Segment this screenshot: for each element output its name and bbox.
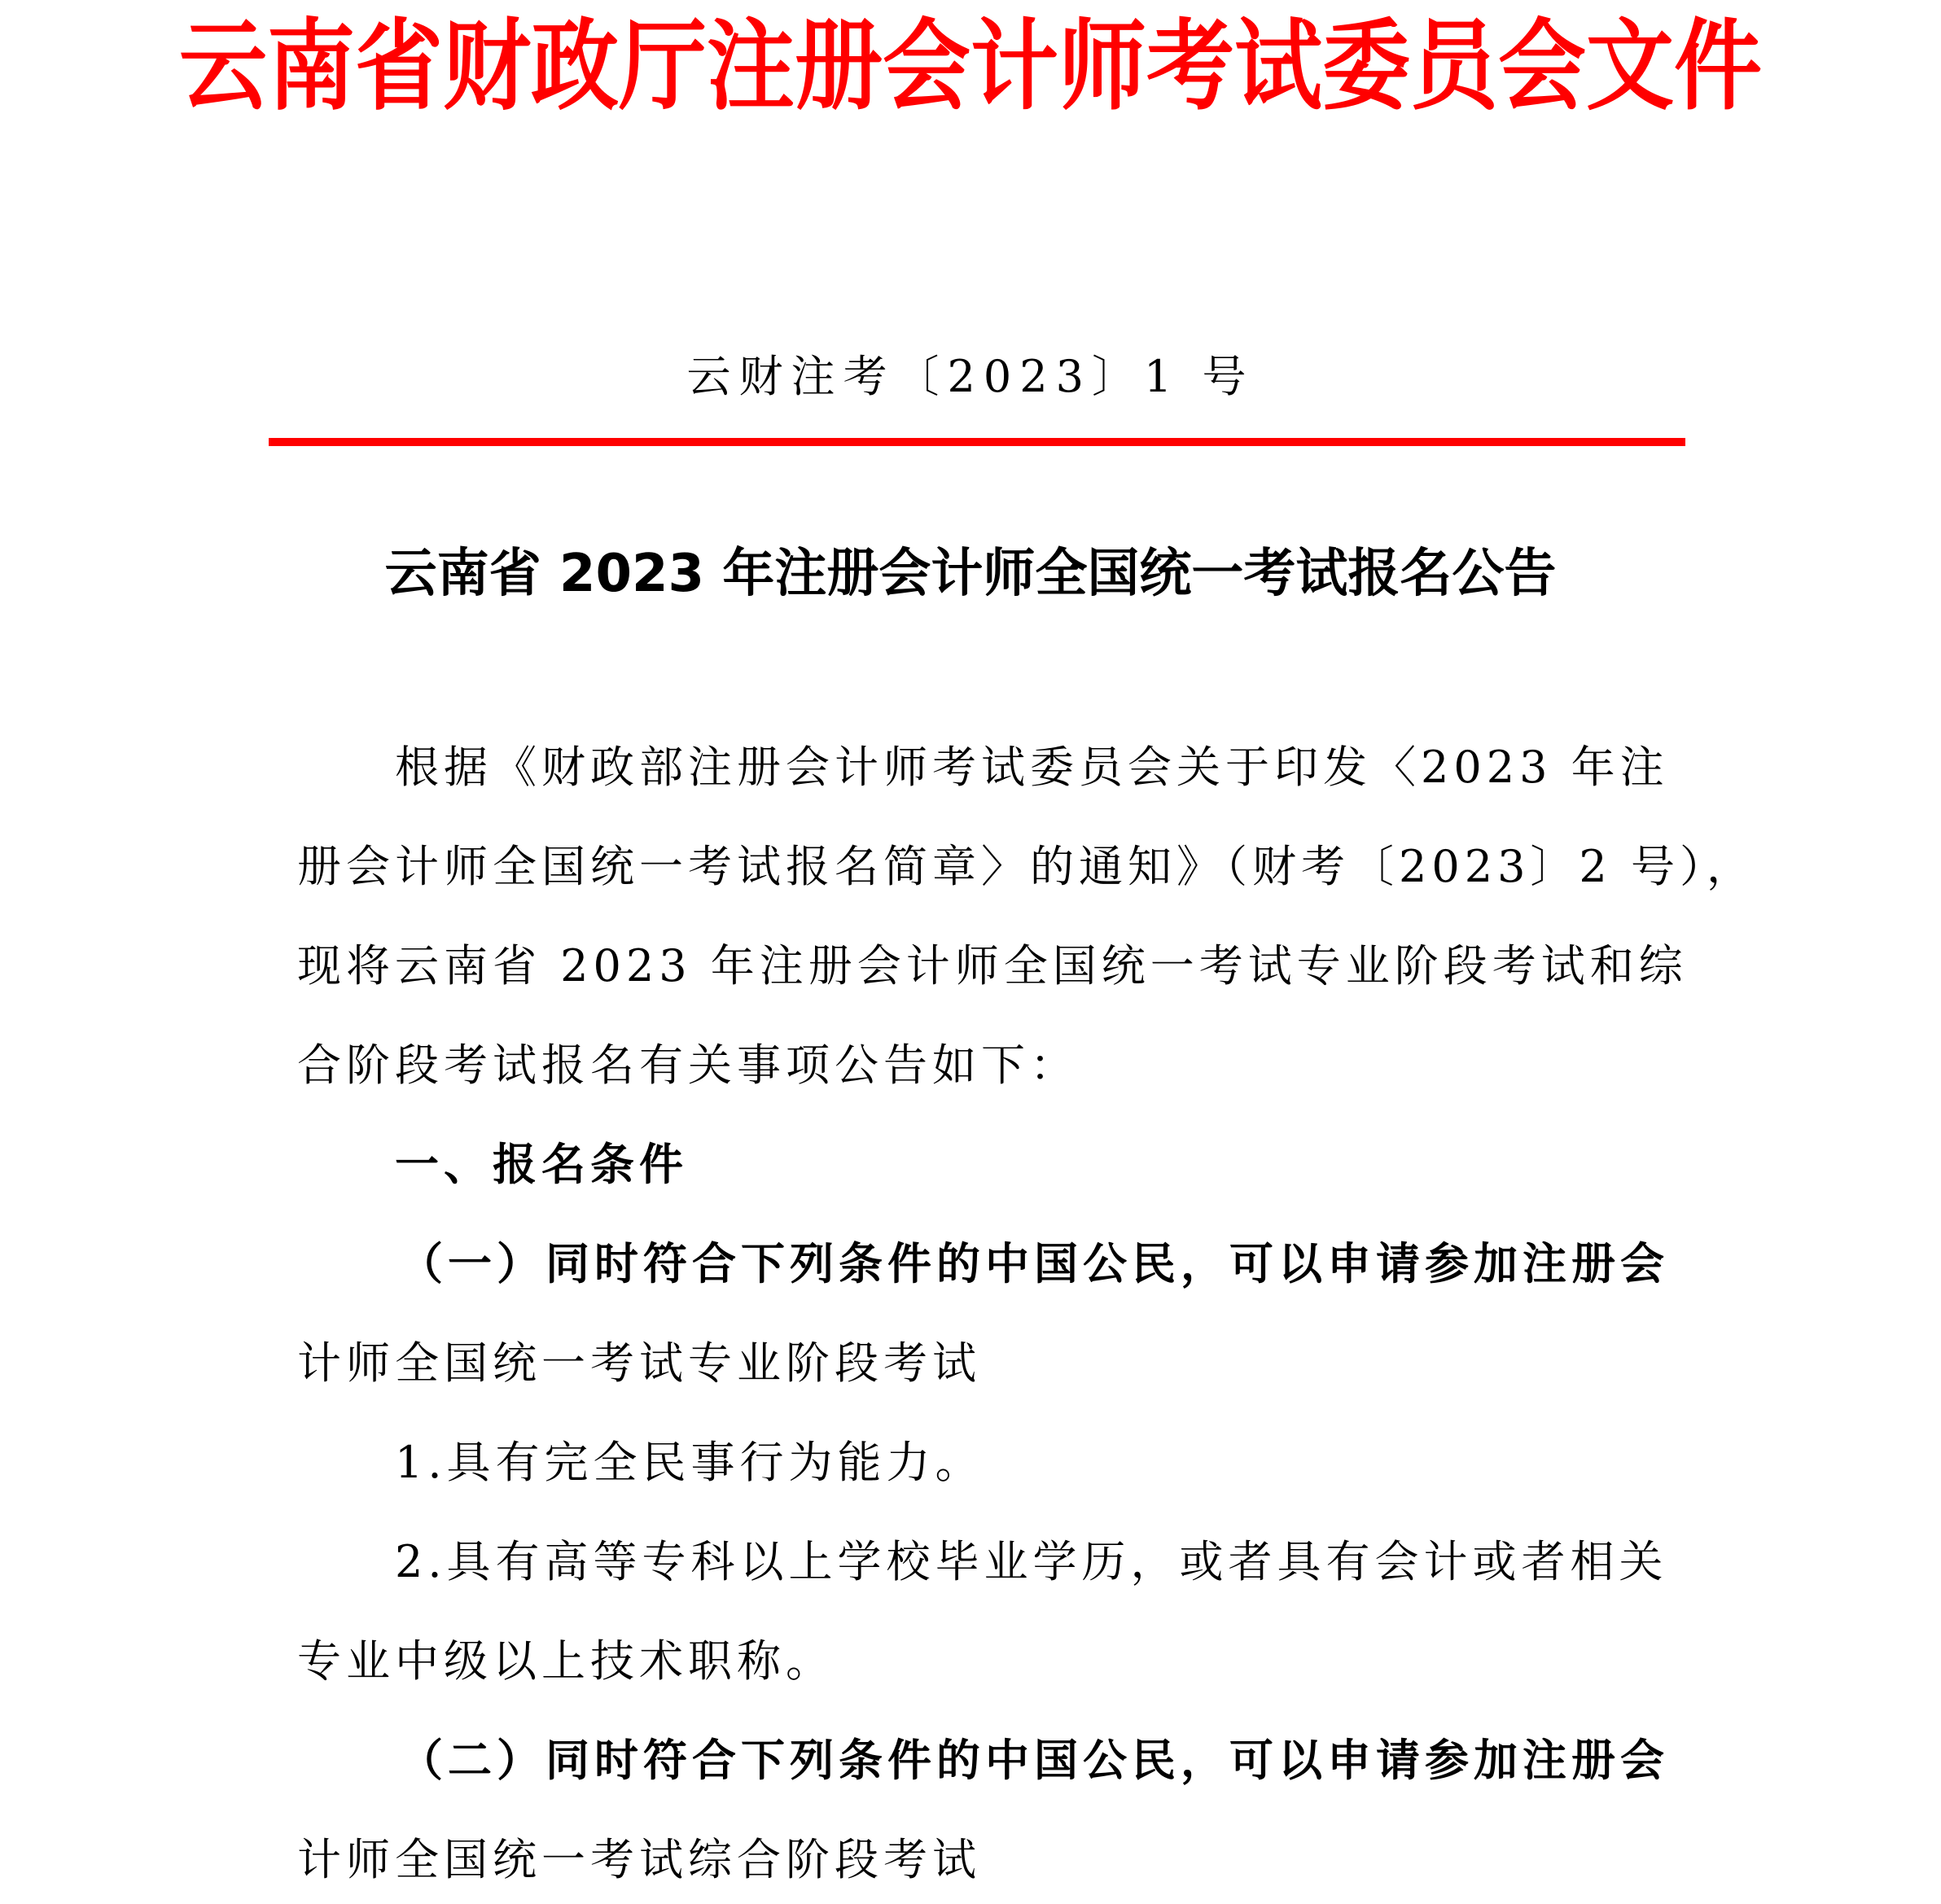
list-item-continuation: 专业中级以上技术职称。 xyxy=(297,1633,835,1690)
red-divider-line xyxy=(269,438,1685,446)
document-number: 云财注考〔2023〕1 号 xyxy=(0,348,1941,405)
paragraph-line: 册会计师全国统一考试报名简章〉的通知》（财考〔2023〕2 号）， xyxy=(297,838,1755,895)
paragraph-line: 现将云南省 2023 年注册会计师全国统一考试专业阶段考试和综 xyxy=(297,938,1688,995)
paragraph-line: 合阶段考试报名有关事项公告如下： xyxy=(297,1037,1079,1094)
subsection-heading-line: 计师全国统一考试专业阶段考试 xyxy=(297,1335,981,1392)
subsection-heading-line: （一）同时符合下列条件的中国公民，可以申请参加注册会 xyxy=(399,1236,1669,1293)
paragraph-line: 根据《财政部注册会计师考试委员会关于印发〈2023 年注 xyxy=(395,739,1669,796)
masthead-title: 云南省财政厅注册会计师考试委员会文件 xyxy=(0,8,1941,127)
list-item: 2.具有高等专科以上学校毕业学历，或者具有会计或者相关 xyxy=(395,1534,1668,1591)
list-item: 1.具有完全民事行为能力。 xyxy=(395,1434,984,1491)
section-heading: 一、报名条件 xyxy=(395,1136,688,1193)
subsection-heading-line: 计师全国统一考试综合阶段考试 xyxy=(297,1832,981,1889)
document-title: 云南省 2023 年注册会计师全国统一考试报名公告 xyxy=(0,537,1941,611)
subsection-heading-line: （二）同时符合下列条件的中国公民，可以申请参加注册会 xyxy=(399,1732,1669,1789)
